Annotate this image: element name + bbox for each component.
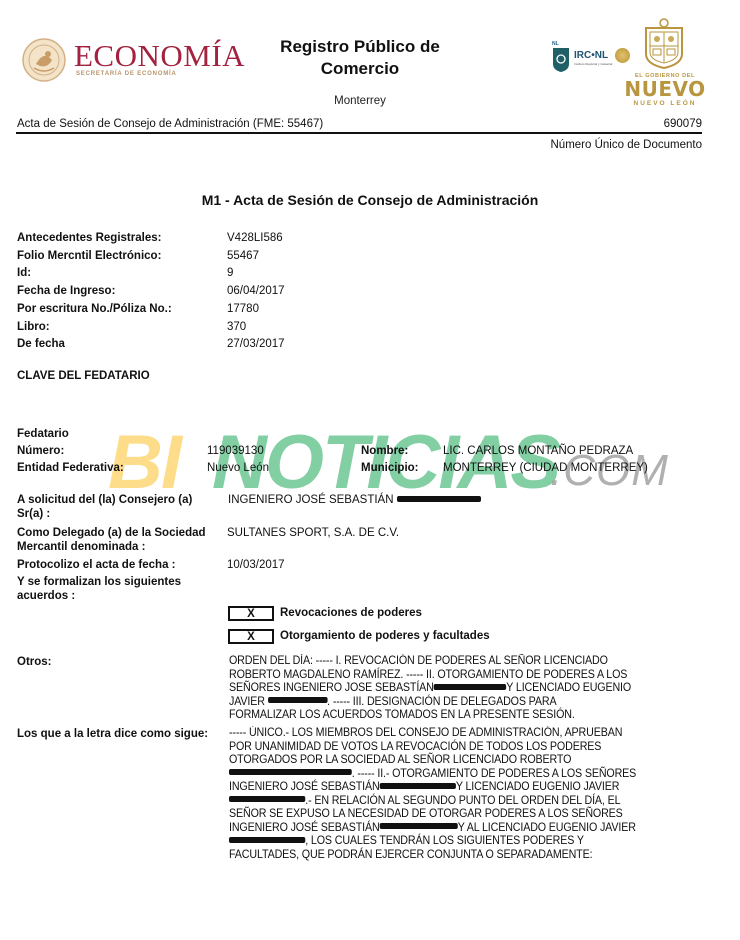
- paragraph-line: ----- ÚNICO.- LOS MIEMBROS DEL CONSEJO D…: [229, 727, 709, 741]
- nuevo-leon-coat-of-arms-icon: [638, 18, 690, 70]
- irc-nl-tag: NL: [552, 41, 559, 47]
- agreement-checkbox[interactable]: X: [228, 606, 274, 621]
- redaction-bar: [434, 684, 507, 690]
- header-divider: [16, 132, 702, 134]
- registry-field-value: 370: [227, 320, 246, 334]
- fedatario-numero-value: 119039130: [207, 444, 264, 458]
- paragraph-line-text: Y AL LICENCIADO EUGENIO JAVIER: [458, 822, 636, 834]
- paragraph-line-text: Y LICENCIADO EUGENIO: [506, 682, 631, 694]
- registry-field-value: 17780: [227, 302, 259, 316]
- paragraph-line: , LOS CUALES TENDRÁN LOS SIGUIENTES PODE…: [229, 835, 709, 849]
- paragraph-line: FACULTADES, QUE PODRÁN EJERCER CONJUNTA …: [229, 849, 709, 863]
- paragraph-line: FORMALIZAR LOS ACUERDOS TOMADOS EN LA PR…: [229, 709, 709, 723]
- otros-label: Otros:: [17, 655, 52, 669]
- registry-title-line1: Registro Público de: [240, 36, 480, 58]
- nuevo-leon-logo: EL GOBIERNO DEL NUEVO NUEVO LEÓN: [622, 18, 708, 102]
- nuevo-leon-state-text: NUEVO LEÓN: [622, 100, 708, 107]
- paragraph-line-text: .- EN RELACIÓN AL SEGUNDO PUNTO DEL ORDE…: [305, 795, 620, 807]
- fedatario-numero-label: Número:: [17, 444, 64, 458]
- redaction-bar: [380, 823, 458, 829]
- acuerdos-label-line1: Y se formalizan los siguientes: [17, 575, 181, 589]
- paragraph-line-text: JAVIER: [229, 696, 268, 708]
- paragraph-line: SEÑORES INGENIERO JOSE SEBASTÍANY LICENC…: [229, 682, 709, 696]
- document-number: 690079: [664, 118, 702, 130]
- paragraph-line-text: . ----- III. DESIGNACIÓN DE DELEGADOS PA…: [327, 696, 556, 708]
- solicitud-label: A solicitud del (la) Consejero (a) Sr(a)…: [17, 493, 192, 521]
- paragraph-line: .- EN RELACIÓN AL SEGUNDO PUNTO DEL ORDE…: [229, 795, 709, 809]
- registry-field-label: Fecha de Ingreso:: [17, 284, 115, 298]
- paragraph-line: OTORGADOS POR LA SOCIEDAD AL SEÑOR LICEN…: [229, 754, 709, 768]
- irc-shield-icon: [552, 46, 570, 74]
- acuerdos-label: Y se formalizan los siguientes acuerdos …: [17, 575, 181, 603]
- economia-wordmark: ECONOMÍA: [74, 39, 245, 73]
- redaction-bar: [268, 697, 328, 703]
- registry-city: Monterrey: [240, 95, 480, 107]
- redaction-bar: [380, 783, 456, 789]
- agreement-label: Revocaciones de poderes: [280, 607, 422, 619]
- redaction-bar: [397, 496, 481, 502]
- paragraph-line-text: SEÑORES INGENIERO JOSE SEBASTÍAN: [229, 682, 434, 694]
- fedatario-entidad-label: Entidad Federativa:: [17, 461, 124, 475]
- registry-field-label: De fecha: [17, 337, 65, 351]
- paragraph-line: . ----- II.- OTORGAMIENTO DE PODERES A L…: [229, 768, 709, 782]
- paragraph-line-text: Y LICENCIADO EUGENIO JAVIER: [456, 781, 619, 793]
- economia-logo: ECONOMÍA SECRETARÍA DE ECONOMÍA: [22, 38, 234, 84]
- acuerdos-label-line2: acuerdos :: [17, 589, 181, 603]
- paragraph-line: ORDEN DEL DÍA: ----- I. REVOCACIÓN DE PO…: [229, 655, 709, 669]
- registry-title-line2: Comercio: [240, 58, 480, 80]
- redaction-bar: [229, 796, 305, 802]
- fedatario-municipio-label: Municipio:: [361, 461, 419, 475]
- registry-title: Registro Público de Comercio: [240, 36, 480, 80]
- redaction-bar: [229, 769, 352, 775]
- registry-field-label: Folio Mercntil Electrónico:: [17, 249, 161, 263]
- paragraph-line-text: , LOS CUALES TENDRÁN LOS SIGUIENTES PODE…: [305, 835, 584, 847]
- solicitud-value: INGENIERO JOSÉ SEBASTIÁN: [228, 493, 481, 507]
- registry-field-label: Antecedentes Registrales:: [17, 231, 161, 245]
- fedatario-entidad-value: Nuevo León: [207, 461, 269, 475]
- fedatario-section-title: CLAVE DEL FEDATARIO: [17, 369, 150, 383]
- solicitud-label-line2: Sr(a) :: [17, 507, 192, 521]
- registry-field-value: 27/03/2017: [227, 337, 285, 351]
- irc-nl-small-text: Instituto Registral y Catastral: [574, 62, 612, 66]
- registry-field-label: Por escritura No./Póliza No.:: [17, 302, 172, 316]
- otros-text: ORDEN DEL DÍA: ----- I. REVOCACIÓN DE PO…: [229, 655, 709, 723]
- solicitud-label-line1: A solicitud del (la) Consejero (a): [17, 493, 192, 507]
- fedatario-heading: Fedatario: [17, 427, 69, 441]
- letra-label: Los que a la letra dice como sigue:: [17, 727, 208, 741]
- document-number-label: Número Único de Documento: [551, 139, 703, 151]
- delegado-label-line2: Mercantil denominada :: [17, 540, 206, 554]
- document-title: M1 - Acta de Sesión de Consejo de Admini…: [0, 192, 740, 208]
- registry-field-label: Libro:: [17, 320, 50, 334]
- mexico-seal-icon: [22, 38, 66, 82]
- paragraph-line-text: INGENIERO JOSÉ SEBASTIÁN: [229, 822, 380, 834]
- delegado-value: SULTANES SPORT, S.A. DE C.V.: [227, 526, 399, 540]
- paragraph-line-text: . ----- II.- OTORGAMIENTO DE PODERES A L…: [352, 768, 636, 780]
- redaction-bar: [229, 837, 305, 843]
- letra-text: ----- ÚNICO.- LOS MIEMBROS DEL CONSEJO D…: [229, 727, 709, 862]
- solicitud-value-text: INGENIERO JOSÉ SEBASTIÁN: [228, 494, 394, 506]
- agreement-item-revocaciones: X: [228, 606, 274, 621]
- paragraph-line: INGENIERO JOSÉ SEBASTIÁNY AL LICENCIADO …: [229, 822, 709, 836]
- act-line: Acta de Sesión de Consejo de Administrac…: [17, 118, 323, 130]
- fedatario-nombre-label: Nombre:: [361, 444, 408, 458]
- registry-field-value: V428LI586: [227, 231, 283, 245]
- protocolizo-label: Protocolizo el acta de fecha :: [17, 558, 175, 572]
- agreement-label: Otorgamiento de poderes y facultades: [280, 630, 490, 642]
- paragraph-line: INGENIERO JOSÉ SEBASTIÁNY LICENCIADO EUG…: [229, 781, 709, 795]
- fedatario-nombre-value: LIC. CARLOS MONTAÑO PEDRAZA: [443, 444, 633, 458]
- nuevo-leon-nuevo-text: NUEVO: [622, 78, 708, 100]
- registry-field-value: 55467: [227, 249, 259, 263]
- paragraph-line-text: INGENIERO JOSÉ SEBASTIÁN: [229, 781, 380, 793]
- delegado-label-line1: Como Delegado (a) de la Sociedad: [17, 526, 206, 540]
- paragraph-line: POR UNANIMIDAD DE VOTOS LA REVOCACIÓN DE…: [229, 741, 709, 755]
- fedatario-municipio-value: MONTERREY (CIUDAD MONTERREY): [443, 461, 648, 475]
- paragraph-line: JAVIER . ----- III. DESIGNACIÓN DE DELEG…: [229, 696, 709, 710]
- economia-subtitle: SECRETARÍA DE ECONOMÍA: [76, 71, 177, 77]
- paragraph-line: SEÑOR SE EXPUSO LA NECESIDAD DE OTORGAR …: [229, 808, 709, 822]
- registry-field-label: Id:: [17, 266, 31, 280]
- delegado-label: Como Delegado (a) de la Sociedad Mercant…: [17, 526, 206, 554]
- protocolizo-value: 10/03/2017: [227, 558, 285, 572]
- paragraph-line: ROBERTO MAGDALENO RAMÍREZ. ----- II. OTO…: [229, 669, 709, 683]
- registry-field-value: 9: [227, 266, 233, 280]
- registry-field-value: 06/04/2017: [227, 284, 285, 298]
- agreement-item-otorgamiento: X: [228, 629, 274, 644]
- irc-nl-text: IRC•NL: [574, 50, 608, 61]
- agreement-checkbox[interactable]: X: [228, 629, 274, 644]
